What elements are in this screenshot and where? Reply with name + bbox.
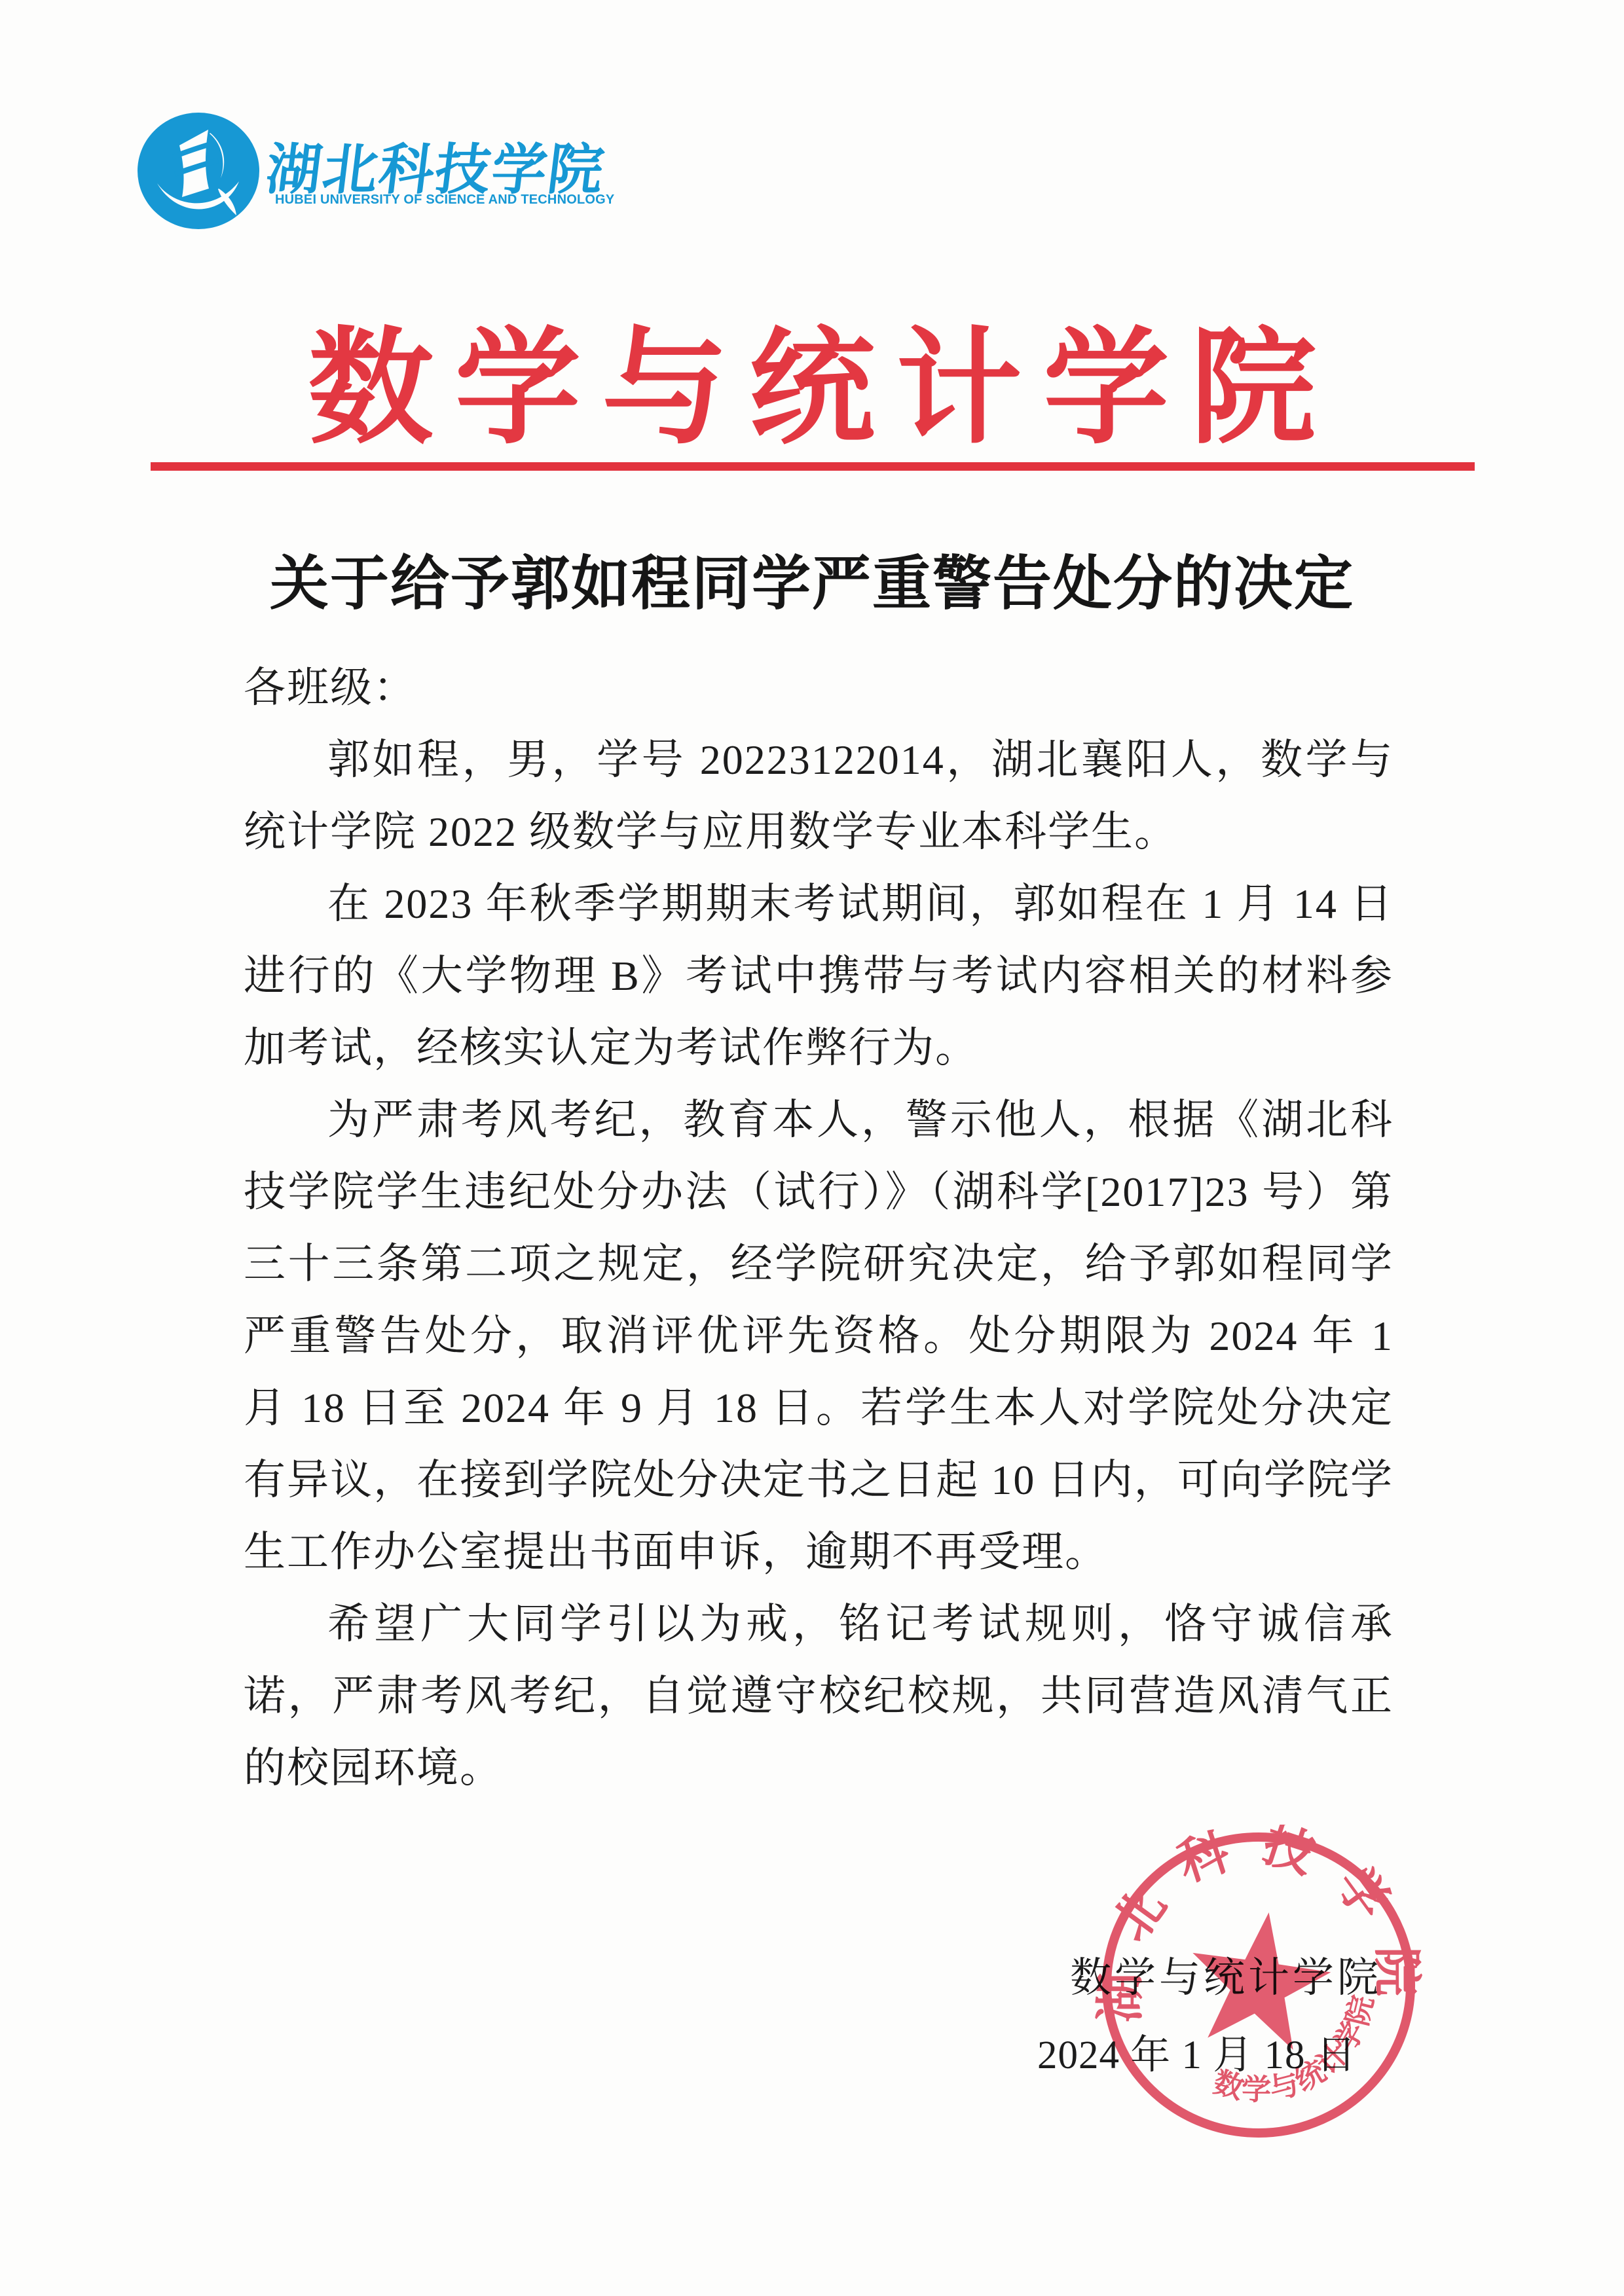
university-emblem-icon [136, 111, 261, 231]
masthead-divider-rule [151, 462, 1475, 471]
notice-paragraph: 郭如程，男，学号 20223122014，湖北襄阳人，数学与统计学院 2022 … [244, 724, 1393, 868]
masthead-department-title: 数学与统计学院 [0, 287, 1624, 467]
official-seal-stamp: 湖北科技学院 数学与统计学院 [1095, 1825, 1422, 2145]
notice-title: 关于给予郭如程同学严重警告处分的决定 [0, 536, 1624, 621]
salutation: 各班级： [244, 652, 1393, 724]
notice-paragraph: 为严肃考风考纪，教育本人，警示他人，根据《湖北科技学院学生违纪处分办法（试行）》… [244, 1084, 1393, 1588]
university-logo: 湖北科技学院 HUBEI UNIVERSITY OF SCIENCE AND T… [136, 109, 621, 236]
scanned-notice-page: 湖北科技学院 HUBEI UNIVERSITY OF SCIENCE AND T… [0, 0, 1624, 2296]
seal-star-icon [1181, 1903, 1338, 2053]
notice-paragraph: 在 2023 年秋季学期期末考试期间，郭如程在 1 月 14 日进行的《大学物理… [244, 868, 1393, 1084]
university-name-en: HUBEI UNIVERSITY OF SCIENCE AND TECHNOLO… [275, 192, 614, 208]
notice-body: 各班级： 郭如程，男，学号 20223122014，湖北襄阳人，数学与统计学院 … [244, 652, 1393, 1804]
notice-paragraph: 希望广大同学引以为戒，铭记考试规则，恪守诚信承诺，严肃考风考纪，自觉遵守校纪校规… [244, 1588, 1393, 1804]
